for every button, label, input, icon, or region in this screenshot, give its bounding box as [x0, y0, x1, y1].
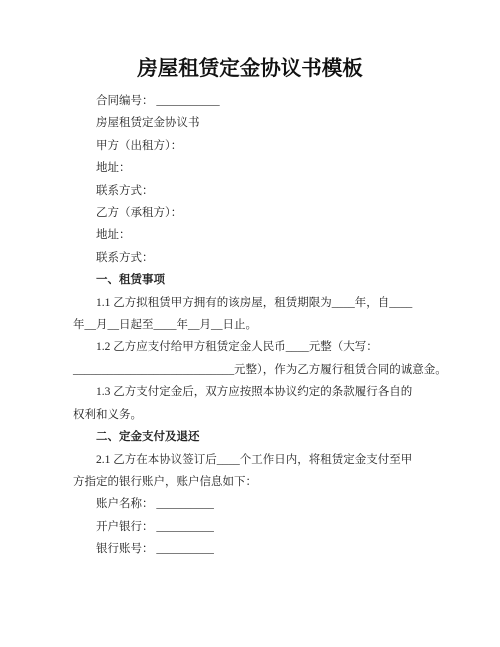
clause-1-3-line-2: 权利和义务。	[73, 404, 445, 426]
document-title: 房屋租赁定金协议书模板	[0, 54, 500, 84]
party-b-line: 乙方（承租方）：	[73, 202, 445, 224]
document-page: 房屋租赁定金协议书模板 合同编号： ___________ 房屋租赁定金协议书 …	[0, 0, 500, 647]
bank-account-line: 银行账号： __________	[73, 538, 445, 560]
document-body: 合同编号： ___________ 房屋租赁定金协议书 甲方（出租方）： 地址：…	[0, 90, 500, 561]
clause-1-2-line-2: ____________________________元整），作为乙方履行租赁…	[73, 359, 445, 381]
bank-name-line: 开户银行： __________	[73, 516, 445, 538]
clause-1-1-line-2: 年__月__日起至____年__月__日止。	[73, 314, 445, 336]
subtitle-line: 房屋租赁定金协议书	[73, 112, 445, 134]
clause-2-1-line-1: 2.1 乙方在本协议签订后____个工作日内，将租赁定金支付至甲	[73, 449, 445, 471]
party-a-address-line: 地址：	[73, 157, 445, 179]
party-a-line: 甲方（出租方）：	[73, 135, 445, 157]
contract-number-line: 合同编号： ___________	[73, 90, 445, 112]
document-title-text: 房屋租赁定金协议书模板	[137, 58, 363, 80]
party-b-contact-line: 联系方式：	[73, 247, 445, 269]
clause-1-2-line-1: 1.2 乙方应支付给甲方租赁定金人民币____元整（大写：	[73, 336, 445, 358]
section-1-heading: 一、租赁事项	[73, 269, 445, 291]
party-b-address-line: 地址：	[73, 224, 445, 246]
clause-1-1-line-1: 1.1 乙方拟租赁甲方拥有的该房屋，租赁期限为____年，自____	[73, 292, 445, 314]
clause-2-1-line-2: 方指定的银行账户，账户信息如下：	[73, 471, 445, 493]
account-name-line: 账户名称： __________	[73, 493, 445, 515]
party-a-contact-line: 联系方式：	[73, 180, 445, 202]
clause-1-3-line-1: 1.3 乙方支付定金后，双方应按照本协议约定的条款履行各自的	[73, 381, 445, 403]
section-2-heading: 二、定金支付及退还	[73, 426, 445, 448]
